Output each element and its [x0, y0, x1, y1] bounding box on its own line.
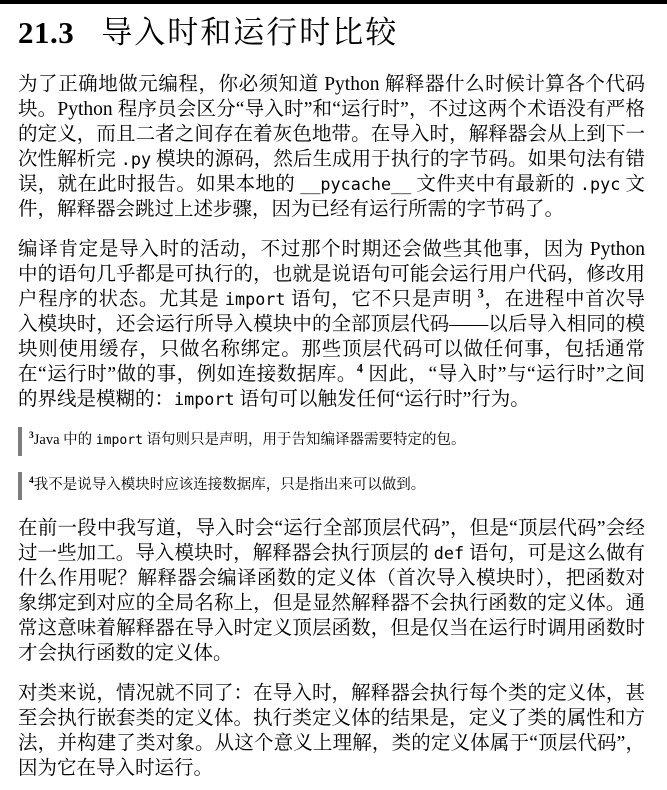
body-paragraph: 在前一段中我写道，导入时会“运行全部顶层代码”，但是“顶层代码”会经过一些加工。… [18, 516, 645, 666]
inline-code: __pycache__ [300, 174, 411, 194]
body-paragraph: 对类来说，情况就不同了：在导入时，解释器会执行每个类的定义体，甚至会执行嵌套类的… [18, 681, 645, 781]
text-run: 语句可以触发任何“运行时”行为。 [235, 389, 530, 410]
text-run: 对类来说，情况就不同了：在导入时，解释器会执行每个类的定义体，甚至会执行嵌套类的… [18, 683, 645, 779]
page-top-rule [0, 0, 667, 4]
text-run: 语句，它不只是声明 [286, 289, 478, 310]
body-paragraph: 编译肯定是导入时的活动，不过那个时期还会做些其他事，因为 Python 中的语句… [18, 237, 645, 412]
text-run: Java 中的 [34, 432, 96, 448]
inline-code: .py [121, 149, 151, 169]
section-title: 导入时和运行时比较 [101, 14, 398, 52]
inline-code: def [434, 543, 464, 563]
book-page: 21.3 导入时和运行时比较 为了正确地做元编程，你必须知道 Python 解释… [0, 14, 667, 781]
text-run: 我不是说导入模块时应该连接数据库，只是指出来可以做到。 [34, 477, 426, 493]
inline-code: .pyc [580, 174, 620, 194]
text-run: 语句则只是声明，用于告知编译器需要特定的包。 [143, 432, 466, 448]
inline-code: import [225, 289, 286, 309]
section-heading: 21.3 导入时和运行时比较 [18, 14, 645, 52]
inline-code: import [174, 389, 235, 409]
page-content: 为了正确地做元编程，你必须知道 Python 解释器什么时候计算各个代码块。Py… [18, 72, 645, 781]
body-paragraph: 为了正确地做元编程，你必须知道 Python 解释器什么时候计算各个代码块。Py… [18, 72, 645, 222]
inline-code: import [96, 433, 143, 448]
section-number: 21.3 [18, 14, 74, 52]
footnote: 4我不是说导入模块时应该连接数据库，只是指出来可以做到。 [18, 472, 645, 500]
text-run: 文件夹中有最新的 [411, 174, 580, 195]
footnote: 3Java 中的 import 语句则只是声明，用于告知编译器需要特定的包。 [18, 427, 645, 456]
